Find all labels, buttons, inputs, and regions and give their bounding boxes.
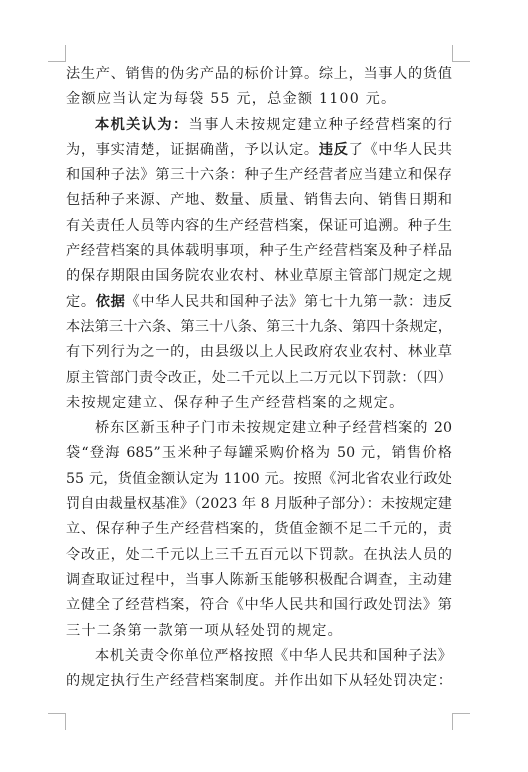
text-line: 未按规定建立、保存种子生产经营档案的之规定。 [66,391,452,416]
text-line: 的保存期限由国务院农业农村、林业草原主管部门规定之规 [66,264,452,289]
text-line: 令改正，处二千元以上三千五百元以下罚款。在执法人员的 [66,543,452,568]
bold-keyword-basis: 依据 [96,294,126,310]
text-line: 原主管部门责令改正，处二千元以上二万元以下罚款：（四） [66,366,452,391]
text-line: 55 元，货值金额认定为 1100 元。按照《河北省农业行政处 [66,467,452,492]
text-line: 调查取证过程中，当事人陈新玉能够积极配合调查，主动建 [66,568,452,593]
paragraph-order: 本机关责令你单位严格按照《中华人民共和国种子法》 的规定执行生产经营档案制度。并… [66,644,452,695]
text-line: 有关责任人员等内容的生产经营档案，保证可追溯。种子生 [66,214,452,239]
bold-lead-phrase: 本机关认为： [95,117,189,133]
text-line: 产经营档案的具体载明事项，种子生产经营档案及种子样品 [66,239,452,264]
text-line: 立健全了经营档案，符合《中华人民共和国行政处罚法》第 [66,593,452,618]
document-page: 法生产、销售的伪劣产品的标价计算。综上，当事人的货值 金额应当认定为每袋 55 … [0,0,528,772]
text-line: 有下列行为之一的，由县级以上人民政府农业农村、林业草 [66,340,452,365]
text-line: 的规定执行生产经营档案制度。并作出如下从轻处罚决定： [66,669,452,694]
text-line: 本法第三十六条、第三十八条、第三十九条、第四十条规定， [66,315,452,340]
text-line: 本机关认为：当事人未按规定建立种子经营档案的行 [66,113,452,138]
paragraph-value-conclusion: 法生产、销售的伪劣产品的标价计算。综上，当事人的货值 金额应当认定为每袋 55 … [66,62,452,113]
margin-corner-mark-top-left [48,45,66,62]
text-line: 桥东区新玉种子门市未按规定建立种子经营档案的 20 [66,416,452,441]
margin-corner-mark-top-right [452,45,470,62]
bold-keyword-violation: 违反 [319,142,349,158]
paragraph-case-facts: 桥东区新玉种子门市未按规定建立种子经营档案的 20 袋“登海 685”玉米种子每… [66,416,452,644]
margin-corner-mark-bottom-left [48,713,66,730]
text-line: 为，事实清楚，证据确凿，予以认定。违反了《中华人民共 [66,138,452,163]
text-line: 袋“登海 685”玉米种子每罐采购价格为 50 元，销售价格 [66,441,452,466]
text-line: 金额应当认定为每袋 55 元，总金额 1100 元。 [66,87,452,112]
text-line: 三十二条第一款第一项从轻处罚的规定。 [66,619,452,644]
text-line: 定。依据《中华人民共和国种子法》第七十九第一款：违反 [66,290,452,315]
document-body: 法生产、销售的伪劣产品的标价计算。综上，当事人的货值 金额应当认定为每袋 55 … [66,62,452,694]
text-line: 罚自由裁量权基准》（2023 年 8 月版种子部分）：未按规定建 [66,492,452,517]
text-line: 本机关责令你单位严格按照《中华人民共和国种子法》 [66,644,452,669]
paragraph-agency-finding: 本机关认为：当事人未按规定建立种子经营档案的行 为，事实清楚，证据确凿，予以认定… [66,113,452,417]
text-line: 包括种子来源、产地、数量、质量、销售去向、销售日期和 [66,188,452,213]
text-line: 立、保存种子生产经营档案的，货值金额不足二千元的，责 [66,517,452,542]
text-line: 法生产、销售的伪劣产品的标价计算。综上，当事人的货值 [66,62,452,87]
margin-corner-mark-bottom-right [452,713,470,730]
text-line: 和国种子法》第三十六条：种子生产经营者应当建立和保存 [66,163,452,188]
